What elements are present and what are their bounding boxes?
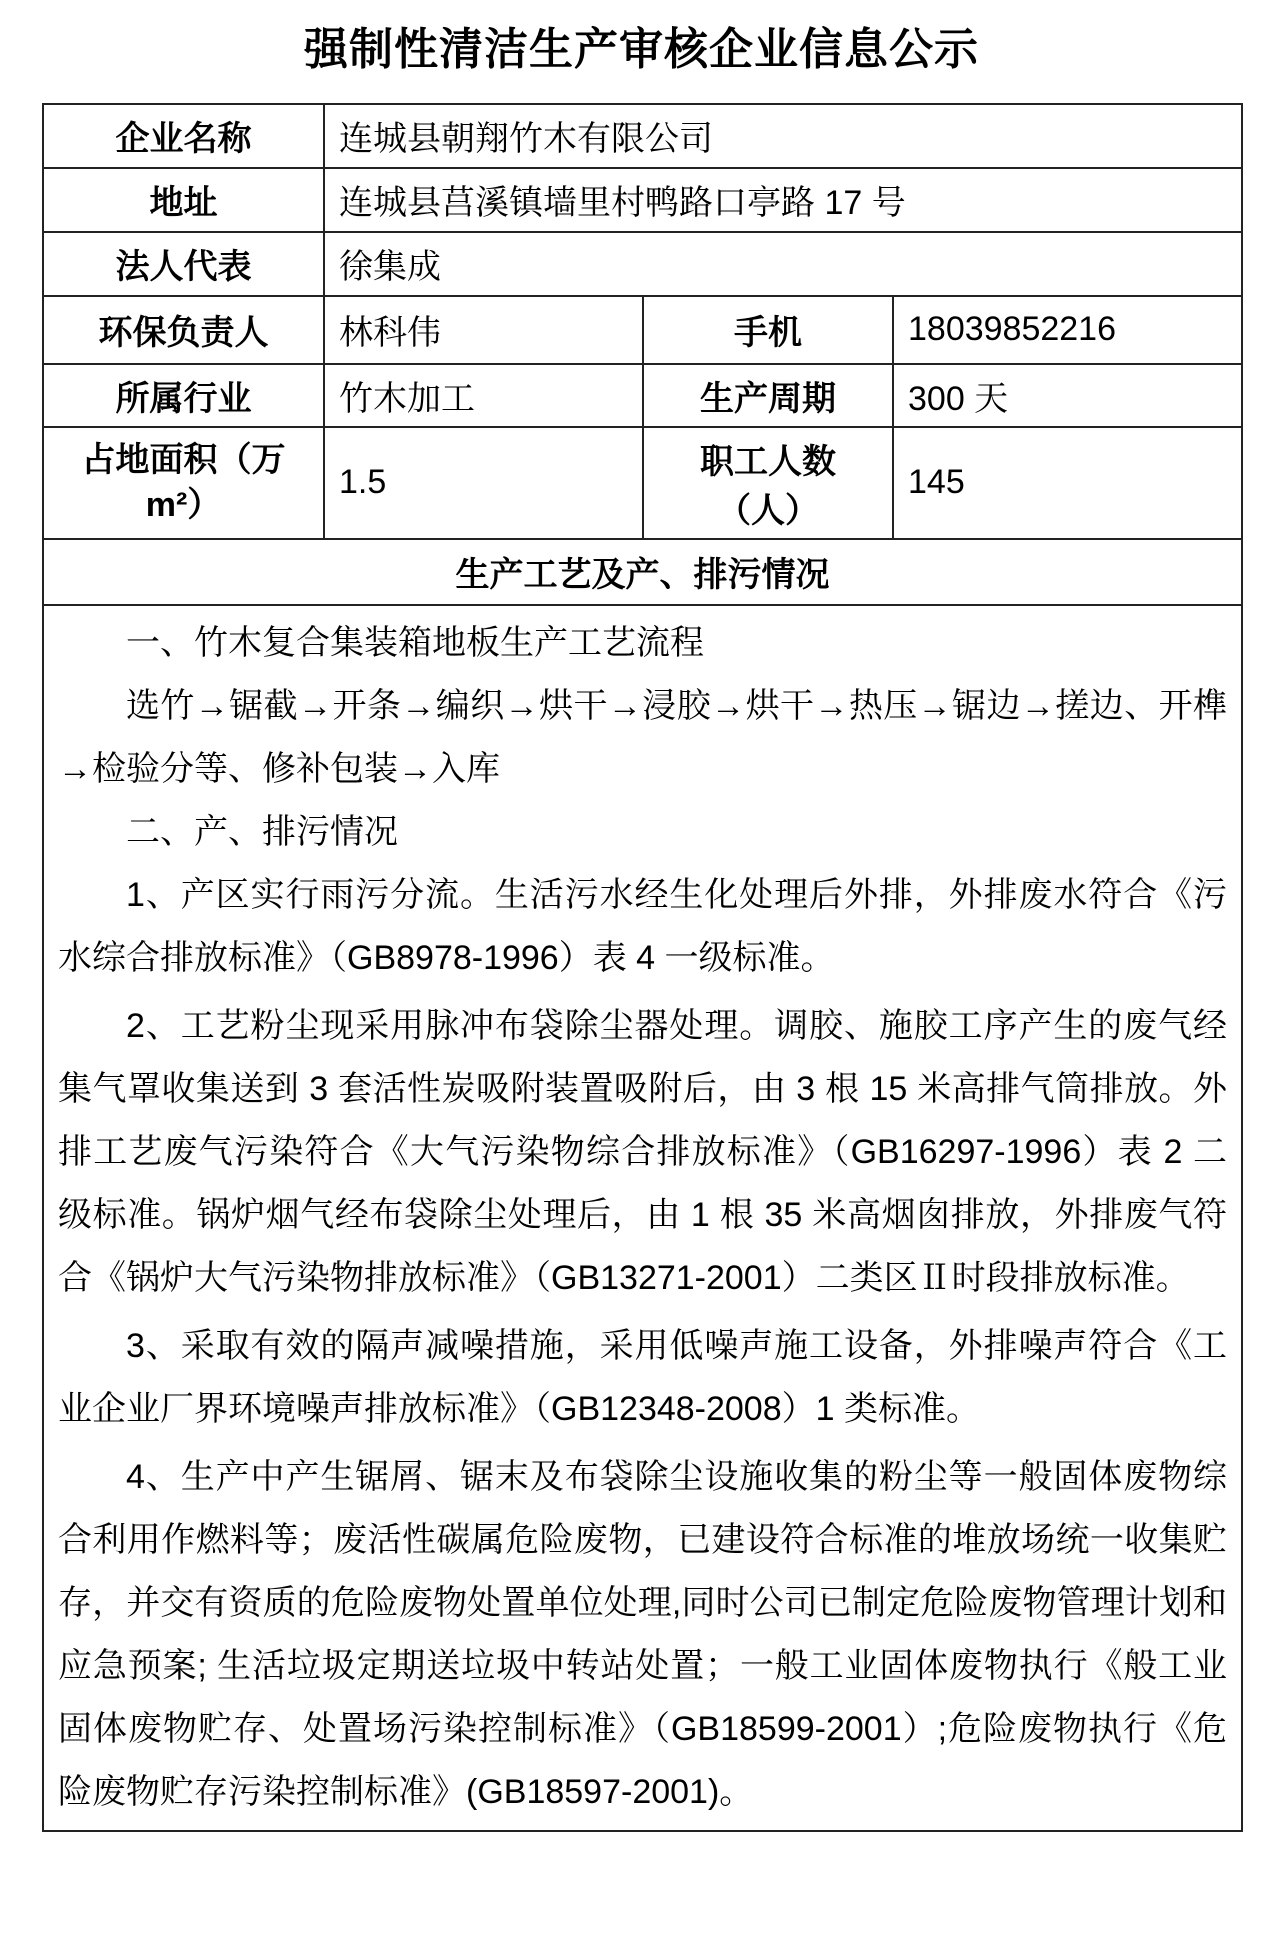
area-label: 占地面积（万 m²） xyxy=(43,427,324,539)
process-title-paragraph: 一、竹木复合集装箱地板生产工艺流程 xyxy=(58,612,1227,675)
table-row: 占地面积（万 m²） 1.5 职工人数（人） 145 xyxy=(43,427,1242,539)
noise-paragraph: 3、采取有效的隔声减噪措施，采用低噪声施工设备，外排噪声符合《工业企业厂界环境噪… xyxy=(58,1315,1227,1441)
address-value: 连城县莒溪镇墙里村鸭路口亭路 17 号 xyxy=(324,168,1242,232)
cycle-label: 生产周期 xyxy=(643,364,893,427)
process-and-pollution-content: 一、竹木复合集装箱地板生产工艺流程 选竹→锯截→开条→编织→烘干→浸胶→烘干→热… xyxy=(43,605,1242,1831)
env-officer-value: 林科伟 xyxy=(324,296,643,364)
table-row: 地址 连城县莒溪镇墙里村鸭路口亭路 17 号 xyxy=(43,168,1242,232)
exhaust-gas-paragraph: 2、工艺粉尘现采用脉冲布袋除尘器处理。调胶、施胶工序产生的废气经集气罩收集送到 … xyxy=(58,995,1227,1310)
industry-label: 所属行业 xyxy=(43,364,324,427)
cycle-value: 300 天 xyxy=(893,364,1242,427)
mobile-label: 手机 xyxy=(643,296,893,364)
table-row: 企业名称 连城县朝翔竹木有限公司 xyxy=(43,104,1242,168)
table-row: 法人代表 徐集成 xyxy=(43,232,1242,296)
legal-rep-value: 徐集成 xyxy=(324,232,1242,296)
table-row: 一、竹木复合集装箱地板生产工艺流程 选竹→锯截→开条→编织→烘干→浸胶→烘干→热… xyxy=(43,605,1242,1831)
table-row: 生产工艺及产、排污情况 xyxy=(43,539,1242,605)
staff-label: 职工人数（人） xyxy=(643,427,893,539)
legal-rep-label: 法人代表 xyxy=(43,232,324,296)
env-officer-label: 环保负责人 xyxy=(43,296,324,364)
mobile-value: 18039852216 xyxy=(893,296,1242,364)
address-label: 地址 xyxy=(43,168,324,232)
pollution-title-paragraph: 二、产、排污情况 xyxy=(58,801,1227,864)
section-header: 生产工艺及产、排污情况 xyxy=(43,539,1242,605)
document-page: 强制性清洁生产审核企业信息公示 企业名称 连城县朝翔竹木有限公司 地址 连城县莒… xyxy=(0,0,1283,1860)
industry-value: 竹木加工 xyxy=(324,364,643,427)
company-name-value: 连城县朝翔竹木有限公司 xyxy=(324,104,1242,168)
table-row: 所属行业 竹木加工 生产周期 300 天 xyxy=(43,364,1242,427)
company-name-label: 企业名称 xyxy=(43,104,324,168)
table-row: 环保负责人 林科伟 手机 18039852216 xyxy=(43,296,1242,364)
document-title: 强制性清洁生产审核企业信息公示 xyxy=(42,24,1241,77)
process-flow-paragraph: 选竹→锯截→开条→编织→烘干→浸胶→烘干→热压→锯边→搓边、开榫→检验分等、修补… xyxy=(58,675,1227,801)
solid-waste-paragraph: 4、生产中产生锯屑、锯末及布袋除尘设施收集的粉尘等一般固体废物综合利用作燃料等；… xyxy=(58,1446,1227,1824)
enterprise-info-table: 企业名称 连城县朝翔竹木有限公司 地址 连城县莒溪镇墙里村鸭路口亭路 17 号 … xyxy=(42,103,1243,1832)
wastewater-paragraph: 1、产区实行雨污分流。生活污水经生化处理后外排，外排废水符合《污水综合排放标准》… xyxy=(58,864,1227,990)
staff-value: 145 xyxy=(893,427,1242,539)
area-value: 1.5 xyxy=(324,427,643,539)
